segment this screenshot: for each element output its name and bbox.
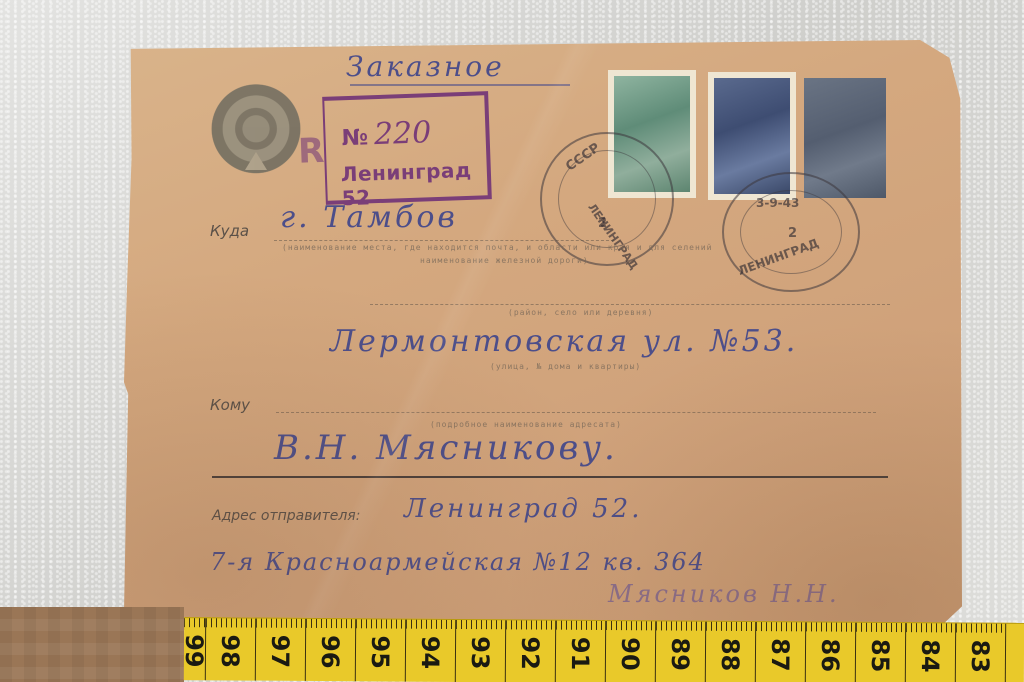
postmark-right-number: 2: [788, 226, 797, 241]
tape-tick-label: 93: [466, 636, 494, 670]
tape-tick: 89: [656, 621, 706, 682]
to-where-value: г. Тамбов: [280, 200, 458, 235]
tape-tick-label: 94: [416, 636, 444, 670]
tape-tick: 97: [256, 619, 306, 681]
to-whom-value: В.Н. Мясникову.: [274, 428, 618, 468]
registered-mail-heading: Заказное: [346, 50, 505, 83]
tape-tick: 96: [306, 619, 356, 681]
tape-tick: 83: [956, 623, 1006, 682]
tape-tick: 93: [456, 620, 506, 682]
pixelated-area: [0, 607, 184, 682]
to-where-hint-2: наименование железной дороги): [420, 256, 589, 265]
envelope: Заказное R №220 Ленинград 52 СССР ЛЕНИНГ…: [124, 40, 962, 630]
tape-tick-label: 96: [316, 635, 344, 669]
tape-tick-label: 90: [616, 637, 644, 671]
tape-tick-label: 84: [916, 639, 944, 673]
tape-tick: 92: [506, 620, 556, 682]
registration-stamp: R №220 Ленинград 52: [322, 91, 492, 205]
tape-tick-label: 97: [266, 635, 294, 669]
postmark-left-number: 2: [598, 216, 607, 231]
to-where-hint-1: (наименование места, где находится почта…: [282, 243, 712, 252]
tape-tick: 99: [184, 618, 206, 680]
sender-line-2: 7-я Красноармейская №12 кв. 364: [210, 548, 706, 576]
district-line: [370, 304, 890, 305]
tape-tick-label: 85: [866, 639, 894, 673]
tape-tick-label: 89: [666, 637, 694, 671]
street-hint: (улица, № дома и квартиры): [490, 362, 641, 371]
tape-tick: 95: [356, 619, 406, 681]
tape-tick: 86: [806, 622, 856, 682]
to-whom-underline: [212, 476, 888, 478]
tape-tick-label: 88: [716, 638, 744, 672]
district-hint: (район, село или деревня): [508, 308, 653, 317]
tape-tick: 90: [606, 621, 656, 682]
tape-tick: 84: [906, 623, 956, 682]
tape-tick-label: 99: [180, 634, 208, 668]
tape-tick: 88: [706, 622, 756, 682]
tape-tick-label: 86: [816, 638, 844, 672]
registration-letter: R: [297, 131, 325, 172]
to-where-label: Куда: [210, 222, 249, 240]
tape-tick-label: 83: [966, 640, 994, 674]
street-value: Лермонтовская ул. №53.: [330, 324, 798, 359]
postmark-right-date: 3-9-43: [756, 196, 799, 210]
tape-tick-label: 87: [766, 638, 794, 672]
tape-tick: 85: [856, 623, 906, 682]
tape-tick-label: 98: [216, 634, 244, 668]
registration-number: №220: [341, 115, 432, 153]
sender-signature: Мясников Н.Н.: [608, 580, 840, 608]
tape-tick-label: 95: [366, 635, 394, 669]
ussr-emblem-icon: [210, 82, 302, 186]
tape-tick: 94: [406, 620, 456, 682]
sender-label: Адрес отправителя:: [212, 508, 360, 524]
tape-tick: 98: [206, 618, 256, 680]
to-where-line: [274, 240, 614, 241]
to-whom-line: [276, 412, 876, 413]
tape-tick: 91: [556, 621, 606, 682]
heading-underline: [350, 84, 570, 86]
tape-tick-label: 92: [516, 636, 544, 670]
to-whom-label: Кому: [210, 396, 250, 414]
tape-tick: 87: [756, 622, 806, 682]
sender-line-1: Ленинград 52.: [404, 494, 642, 524]
measuring-tape: 9998979695949392919089888786858483: [184, 617, 1024, 682]
tape-tick-label: 91: [566, 637, 594, 671]
